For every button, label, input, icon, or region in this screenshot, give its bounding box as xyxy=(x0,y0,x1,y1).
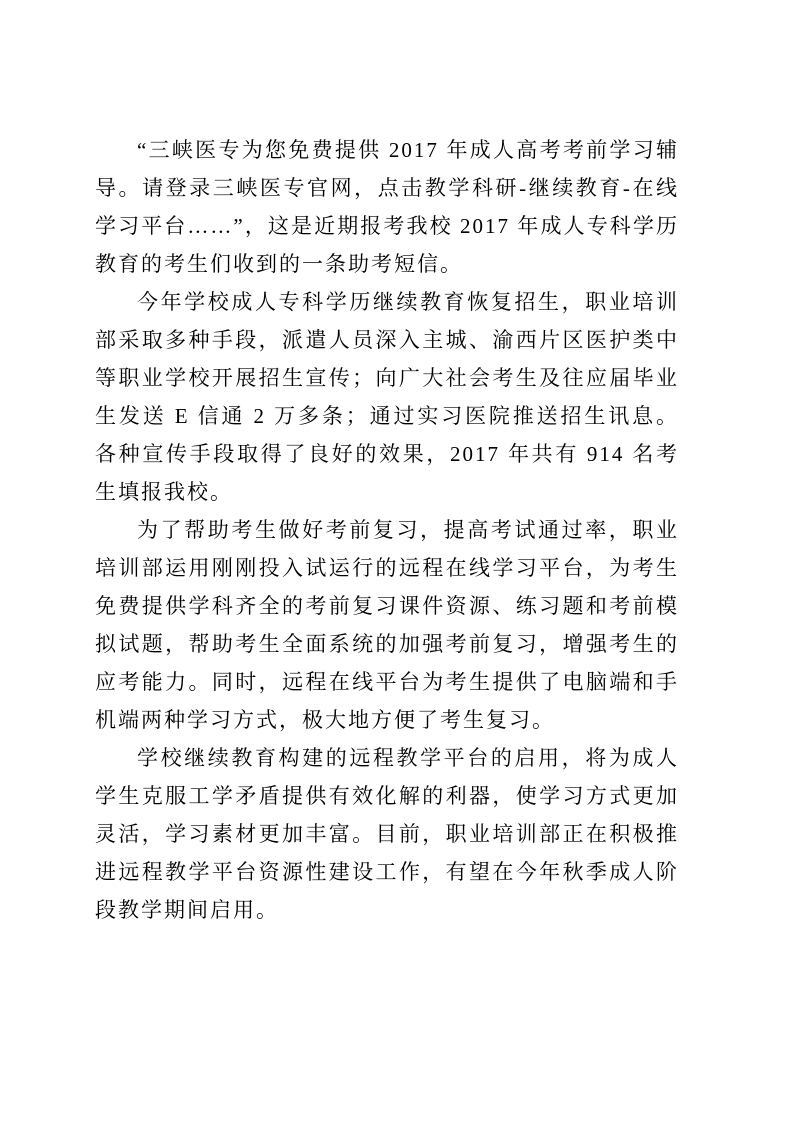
paragraph-online-platform-review: 为了帮助考生做好考前复习，提高考试通过率，职业培训部运用刚刚投入试运行的远程在线… xyxy=(95,511,679,739)
paragraph-enrollment-promotion: 今年学校成人专科学历继续教育恢复招生，职业培训部采取多种手段，派遣人员深入主城、… xyxy=(95,283,679,511)
document-body: “三峡医专为您免费提供 2017 年成人高考考前学习辅导。请登录三峡医专官网，点… xyxy=(95,131,679,929)
paragraph-sms-intro: “三峡医专为您免费提供 2017 年成人高考考前学习辅导。请登录三峡医专官网，点… xyxy=(95,131,679,283)
paragraph-platform-launch-outlook: 学校继续教育构建的远程教学平台的启用，将为成人学生克服工学矛盾提供有效化解的利器… xyxy=(95,739,679,929)
document-page: “三峡医专为您免费提供 2017 年成人高考考前学习辅导。请登录三峡医专官网，点… xyxy=(0,0,793,1122)
